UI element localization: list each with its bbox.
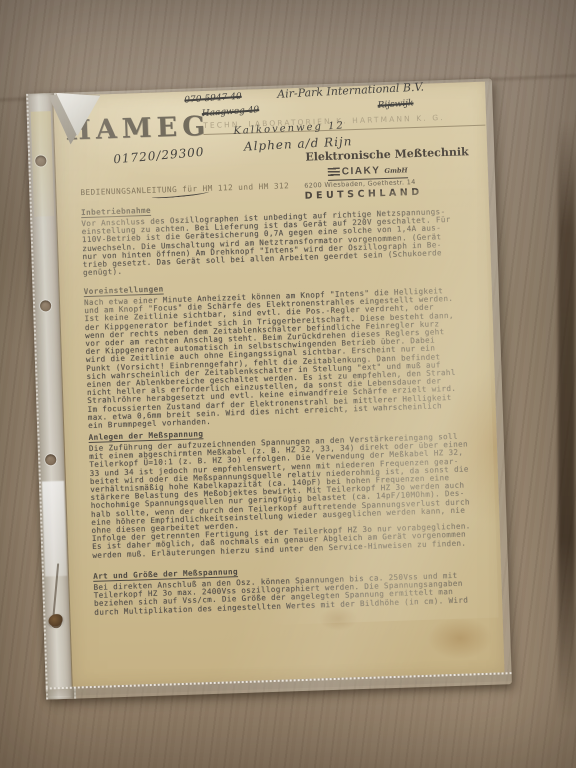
sciaky-s-mark-icon (328, 168, 340, 177)
plastic-sheet-protector: HAMEG TECHN. LABORATORIEN K. HARTMANN K.… (26, 78, 512, 699)
section-body: Vor Anschluss des Oszillographen ist unb… (81, 207, 485, 278)
handwritten-crossed-number: 070-5947 40 (184, 92, 242, 106)
section-art-und-groesse: Art und Größe der Meßspannung Bei direkt… (93, 559, 496, 617)
handwritten-company: Air-Park International B.V. (277, 80, 424, 100)
handwritten-crossed-city: Rijswijk (377, 98, 413, 110)
section-body: Die Zuführung der aufzuzeichnenden Spann… (89, 432, 495, 560)
handwritten-phone: 01720/29300 (113, 145, 205, 167)
sciaky-suffix: GmbH (384, 166, 407, 175)
section-inbetriebnahme: Inbetriebnahme Vor Anschluss des Oszillo… (81, 195, 485, 278)
sciaky-logo-text: CIAKY (342, 165, 381, 177)
manual-page: HAMEG TECHN. LABORATORIEN K. HARTMANN K.… (52, 82, 504, 687)
photo-of-manual: { "colors": { "wood": "#95856f", "paper"… (0, 0, 576, 768)
wood-plank-gap (558, 120, 575, 718)
plastic-reflection (42, 481, 67, 577)
section-voreinstellungen: Voreinstellungen Nach etwa einer Minute … (84, 274, 491, 430)
section-body: Nach etwa einer Minute Anheizzeit können… (84, 286, 490, 431)
handwritten-crossed-street: Haagweg 49 (202, 105, 260, 119)
section-anlegen-der-messspannung: Anlegen der Meßspannung Die Zuführung de… (88, 420, 494, 560)
